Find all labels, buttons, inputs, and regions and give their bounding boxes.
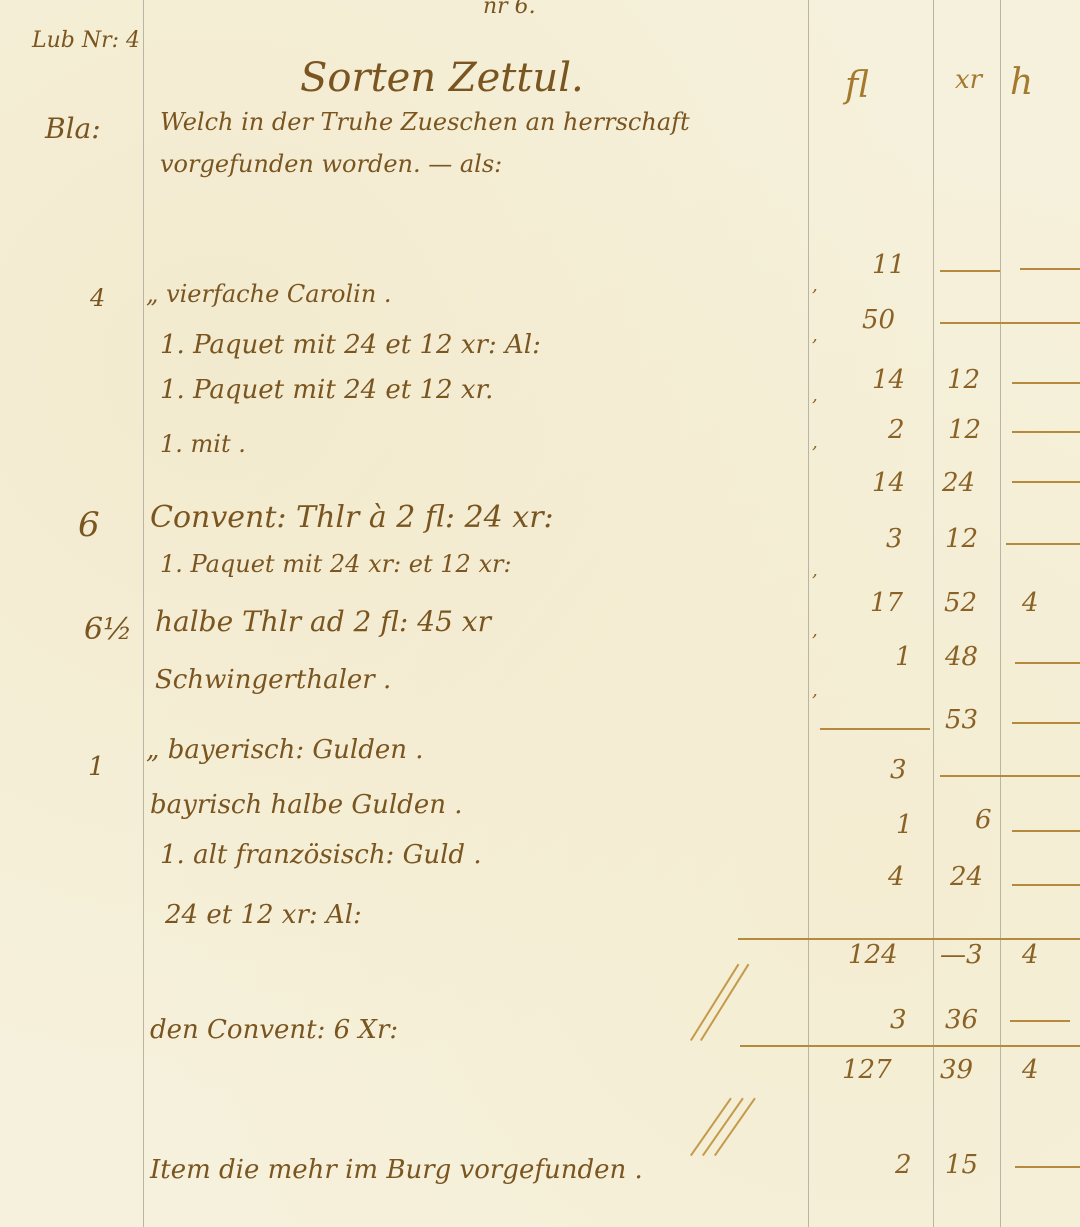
row-dash (820, 728, 930, 730)
strike-mark (690, 964, 739, 1041)
row-dash (940, 270, 1000, 272)
total-rule (740, 1045, 1080, 1047)
footer-line-fl: 2 (895, 1150, 912, 1180)
row-fl: 11 (872, 250, 905, 280)
page-title: Sorten Zettul. (300, 55, 584, 101)
footer-line-xr: 15 (945, 1150, 978, 1180)
ditto-mark: , (812, 620, 818, 641)
row-dash (1015, 662, 1080, 664)
strike-mark (700, 964, 749, 1041)
convent-line-description: den Convent: 6 Xr: (150, 1015, 398, 1045)
row-fl: 17 (870, 588, 903, 618)
convent-line-fl: 3 (890, 1005, 907, 1035)
footer-line-description: Item die mehr im Burg vorgefunden . (150, 1155, 643, 1185)
row-xr: 48 (945, 642, 978, 672)
row-dash (1006, 543, 1080, 545)
row-description: Convent: Thlr à 2 fl: 24 xr: (150, 500, 554, 535)
ditto-mark: , (812, 325, 818, 346)
row-dash (1012, 884, 1080, 886)
intro-line-1: Welch in der Truhe Zueschen an herrschaf… (160, 108, 690, 136)
row-dash (1020, 268, 1080, 270)
row-h: 4 (1022, 588, 1039, 618)
row-fl: 1 (896, 810, 913, 840)
column-header-h: h (1010, 62, 1033, 103)
ditto-mark: , (812, 432, 818, 453)
total-h: 4 (1022, 1055, 1039, 1085)
row-dash (1012, 481, 1080, 483)
row-xr: 6 (975, 805, 992, 835)
row-xr: 52 (944, 588, 977, 618)
row-xr: 12 (945, 524, 978, 554)
row-dash (1010, 1020, 1070, 1022)
subtotal-fl: 124 (848, 940, 898, 970)
row-dash (940, 322, 1080, 324)
row-dash (1012, 382, 1080, 384)
page-number: nr 6. (483, 0, 536, 19)
margin-reference: Lub Nr: 4 (32, 28, 140, 53)
row-quantity: 6½ (84, 612, 132, 647)
row-quantity: 1 (88, 752, 105, 782)
row-fl: 3 (886, 524, 903, 554)
xr-column-rule (933, 0, 934, 1227)
subtotal-h: 4 (1022, 940, 1039, 970)
row-description: halbe Thlr ad 2 fl: 45 xr (155, 605, 491, 638)
intro-line-2: vorgefunden worden. — als: (160, 150, 502, 178)
ditto-mark: , (812, 385, 818, 406)
hatch-mark (690, 1098, 732, 1156)
row-dash (940, 775, 1080, 777)
row-fl: 4 (888, 862, 905, 892)
row-dash (1012, 830, 1080, 832)
row-fl: 14 (872, 365, 905, 395)
row-fl: 2 (888, 415, 905, 445)
row-description: bayrisch halbe Gulden . (150, 790, 462, 820)
row-fl: 1 (895, 642, 912, 672)
row-description: „ vierfache Carolin . (146, 280, 392, 308)
row-quantity: 4 (90, 284, 105, 312)
row-xr: 12 (947, 365, 980, 395)
column-header-xr: xr (955, 65, 982, 95)
subtotal-xr: —3 (940, 940, 983, 970)
h-column-rule (1000, 0, 1001, 1227)
row-description: 24 et 12 xr: Al: (165, 900, 362, 930)
row-description: 1. Paquet mit 24 et 12 xr. (160, 375, 493, 405)
ditto-mark: , (812, 275, 818, 296)
row-description: Schwingerthaler . (155, 665, 391, 695)
total-xr: 39 (940, 1055, 973, 1085)
row-dash (1015, 1166, 1080, 1168)
row-description: 1. Paquet mit 24 xr: et 12 xr: (160, 550, 512, 578)
row-fl: 50 (862, 305, 895, 335)
total-fl: 127 (842, 1055, 892, 1085)
ditto-mark: , (812, 680, 818, 701)
row-xr: 53 (945, 705, 978, 735)
row-description: 1. Paquet mit 24 et 12 xr: Al: (160, 330, 541, 360)
row-quantity: 6 (78, 505, 100, 545)
row-fl: 3 (890, 755, 907, 785)
ditto-mark: , (812, 560, 818, 581)
row-xr: 24 (950, 862, 983, 892)
row-xr: 12 (948, 415, 981, 445)
row-description: 1. alt französisch: Guld . (160, 840, 482, 870)
row-description: „ bayerisch: Gulden . (146, 735, 424, 765)
convent-line-xr: 36 (945, 1005, 978, 1035)
row-xr: 24 (942, 468, 975, 498)
margin-rule (143, 0, 144, 1227)
row-fl: 14 (872, 468, 905, 498)
row-description: 1. mit . (160, 430, 246, 458)
row-dash (1012, 431, 1080, 433)
intro-margin: Bla: (45, 112, 101, 145)
column-header-fl: fl (845, 65, 869, 106)
row-dash (1012, 722, 1080, 724)
fl-column-rule (808, 0, 809, 1227)
